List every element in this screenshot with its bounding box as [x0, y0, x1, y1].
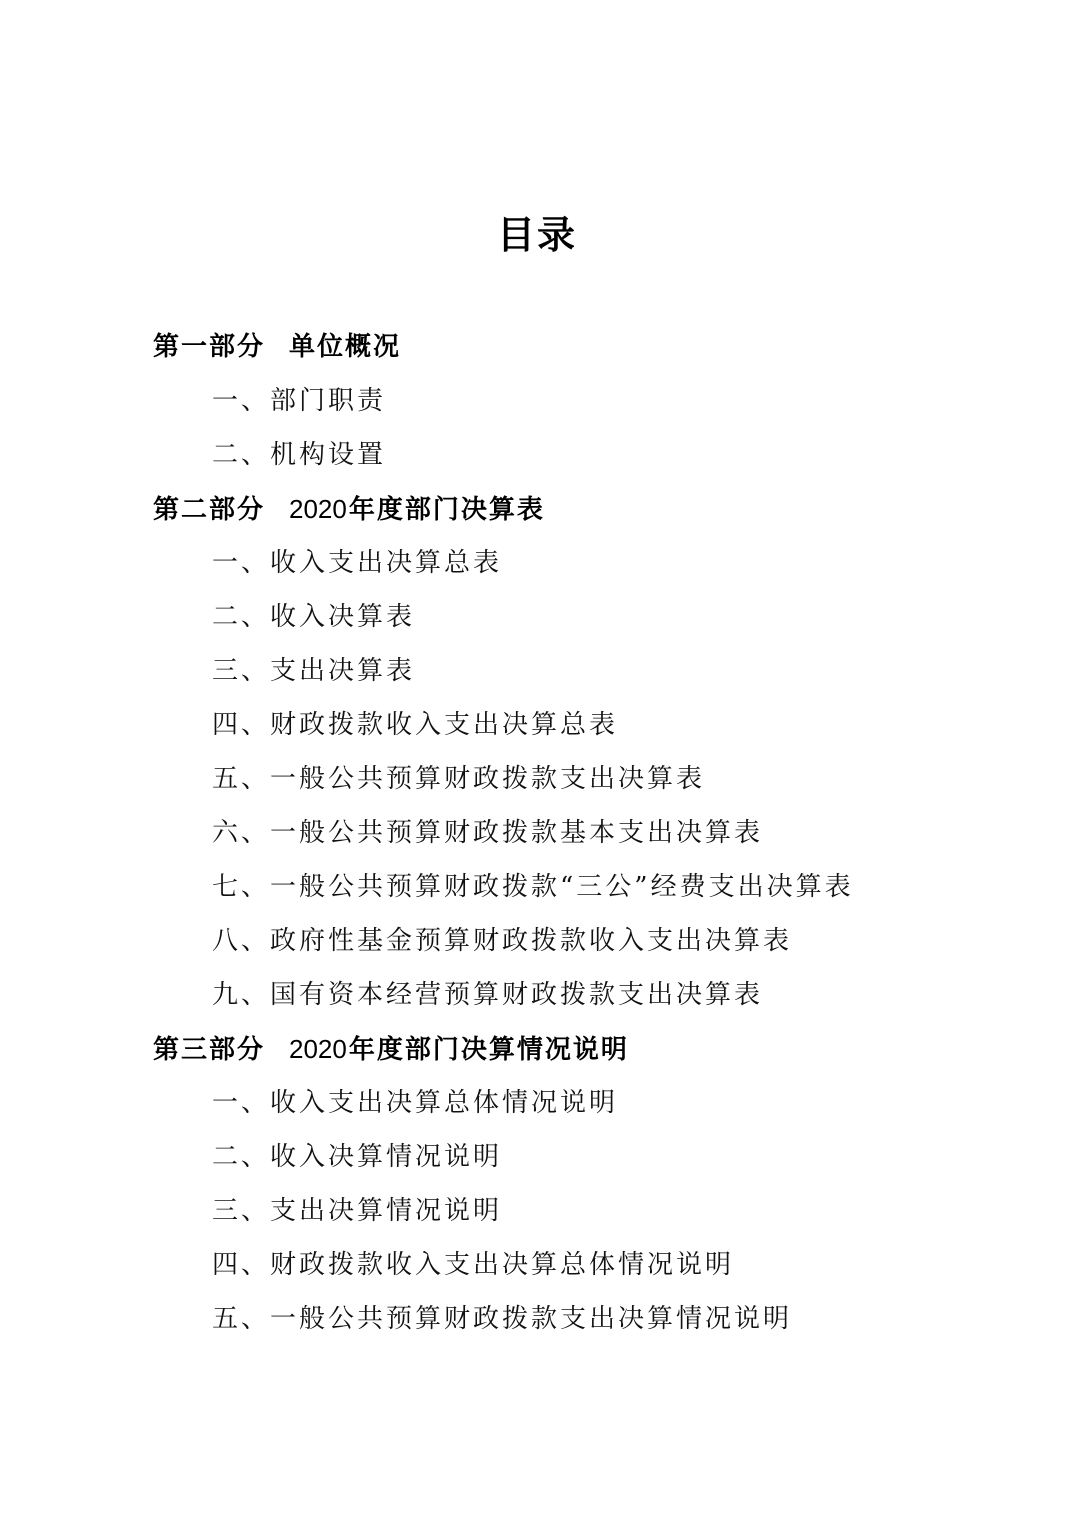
toc-item[interactable]: 一、收入支出决算总体情况说明 [212, 1076, 618, 1130]
toc-item[interactable]: 六、一般公共预算财政拨款基本支出决算表 [212, 806, 763, 860]
toc-item[interactable]: 四、财政拨款收入支出决算总体情况说明 [212, 1238, 734, 1292]
toc-item[interactable]: 五、一般公共预算财政拨款支出决算情况说明 [212, 1292, 792, 1346]
toc-item[interactable]: 二、收入决算表 [212, 590, 415, 644]
part-label: 第一部分 [153, 332, 265, 362]
part-label: 第二部分 [153, 495, 265, 525]
toc-item[interactable]: 三、支出决算表 [212, 644, 415, 698]
toc-part-2[interactable]: 第二部分2020年度部门决算表 [153, 482, 545, 536]
toc-item[interactable]: 一、收入支出决算总表 [212, 536, 502, 590]
part-heading: 年度部门决算情况说明 [349, 1035, 629, 1065]
toc-item[interactable]: 二、收入决算情况说明 [212, 1130, 502, 1184]
document-page: 目录 第一部分单位概况 一、部门职责 二、机构设置 第二部分2020年度部门决算… [0, 0, 1074, 1520]
toc-part-1[interactable]: 第一部分单位概况 [153, 320, 401, 374]
toc-item[interactable]: 二、机构设置 [212, 428, 386, 482]
toc-item[interactable]: 九、国有资本经营预算财政拨款支出决算表 [212, 968, 763, 1022]
toc-item[interactable]: 一、部门职责 [212, 374, 386, 428]
part-label: 第三部分 [153, 1035, 265, 1065]
part-year: 2020 [289, 1034, 347, 1064]
toc-item[interactable]: 八、政府性基金预算财政拨款收入支出决算表 [212, 914, 792, 968]
part-year: 2020 [289, 494, 347, 524]
toc-item[interactable]: 七、一般公共预算财政拨款“三公”经费支出决算表 [212, 860, 854, 914]
toc-item[interactable]: 五、一般公共预算财政拨款支出决算表 [212, 752, 705, 806]
toc-part-3[interactable]: 第三部分2020年度部门决算情况说明 [153, 1022, 629, 1076]
toc-item[interactable]: 三、支出决算情况说明 [212, 1184, 502, 1238]
part-heading: 年度部门决算表 [349, 495, 545, 525]
page-title: 目录 [0, 210, 1074, 260]
toc-item[interactable]: 四、财政拨款收入支出决算总表 [212, 698, 618, 752]
part-heading: 单位概况 [289, 332, 401, 362]
